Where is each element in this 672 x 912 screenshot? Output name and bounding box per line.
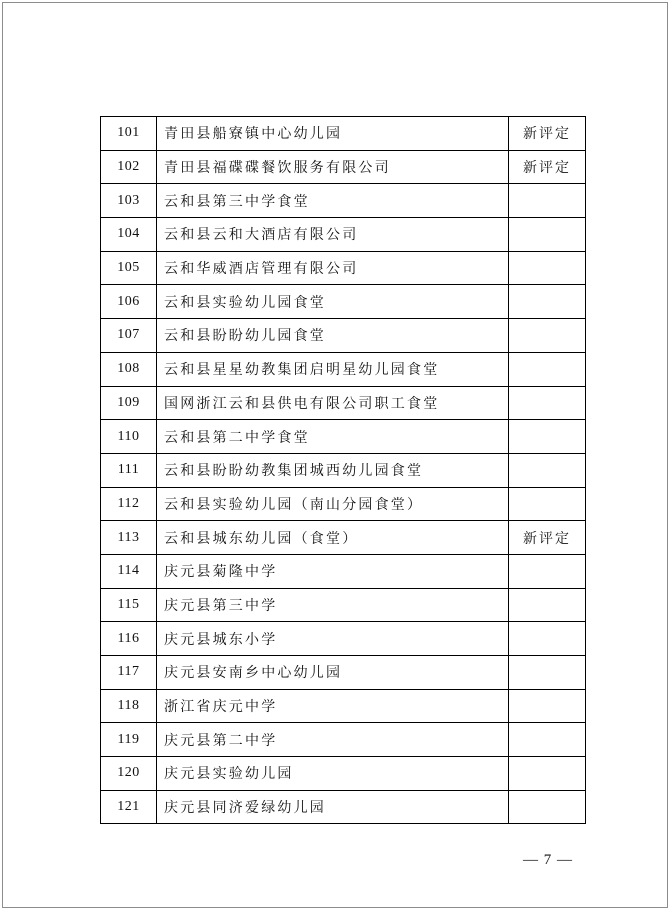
- row-number: 101: [101, 117, 157, 151]
- table-row: 104云和县云和大酒店有限公司: [101, 218, 586, 252]
- table-row: 110云和县第二中学食堂: [101, 420, 586, 454]
- unit-name: 国网浙江云和县供电有限公司职工食堂: [157, 386, 509, 420]
- row-number: 111: [101, 453, 157, 487]
- unit-name: 云和县第三中学食堂: [157, 184, 509, 218]
- table-row: 120庆元县实验幼儿园: [101, 757, 586, 791]
- unit-name: 云和县盼盼幼儿园食堂: [157, 319, 509, 353]
- note-cell: [509, 453, 586, 487]
- note-cell: [509, 588, 586, 622]
- row-number: 104: [101, 218, 157, 252]
- note-cell: [509, 251, 586, 285]
- unit-name: 庆元县第三中学: [157, 588, 509, 622]
- table-row: 112云和县实验幼儿园（南山分园食堂）: [101, 487, 586, 521]
- row-number: 105: [101, 251, 157, 285]
- table-row: 115庆元县第三中学: [101, 588, 586, 622]
- unit-name: 庆元县安南乡中心幼儿园: [157, 656, 509, 690]
- unit-name: 青田县福碟碟餐饮服务有限公司: [157, 150, 509, 184]
- note-cell: [509, 420, 586, 454]
- note-cell: 新评定: [509, 117, 586, 151]
- unit-name: 庆元县第二中学: [157, 723, 509, 757]
- unit-name: 青田县船寮镇中心幼儿园: [157, 117, 509, 151]
- note-cell: 新评定: [509, 521, 586, 555]
- row-number: 112: [101, 487, 157, 521]
- row-number: 117: [101, 656, 157, 690]
- row-number: 119: [101, 723, 157, 757]
- table-row: 118浙江省庆元中学: [101, 689, 586, 723]
- unit-name: 云和县云和大酒店有限公司: [157, 218, 509, 252]
- row-number: 102: [101, 150, 157, 184]
- row-number: 103: [101, 184, 157, 218]
- note-cell: [509, 757, 586, 791]
- table-row: 101青田县船寮镇中心幼儿园新评定: [101, 117, 586, 151]
- table-row: 102青田县福碟碟餐饮服务有限公司新评定: [101, 150, 586, 184]
- note-cell: 新评定: [509, 150, 586, 184]
- note-cell: [509, 218, 586, 252]
- table-row: 121庆元县同济爱绿幼儿园: [101, 790, 586, 824]
- unit-name: 云和华威酒店管理有限公司: [157, 251, 509, 285]
- unit-name: 云和县盼盼幼教集团城西幼儿园食堂: [157, 453, 509, 487]
- table-row: 113云和县城东幼儿园（食堂）新评定: [101, 521, 586, 555]
- note-cell: [509, 319, 586, 353]
- table-row: 117庆元县安南乡中心幼儿园: [101, 656, 586, 690]
- note-cell: [509, 723, 586, 757]
- note-cell: [509, 689, 586, 723]
- row-number: 109: [101, 386, 157, 420]
- row-number: 120: [101, 757, 157, 791]
- table-row: 106云和县实验幼儿园食堂: [101, 285, 586, 319]
- note-cell: [509, 622, 586, 656]
- table-row: 107云和县盼盼幼儿园食堂: [101, 319, 586, 353]
- unit-name: 云和县城东幼儿园（食堂）: [157, 521, 509, 555]
- row-number: 107: [101, 319, 157, 353]
- row-number: 118: [101, 689, 157, 723]
- table-row: 111云和县盼盼幼教集团城西幼儿园食堂: [101, 453, 586, 487]
- note-cell: [509, 184, 586, 218]
- table-row: 109国网浙江云和县供电有限公司职工食堂: [101, 386, 586, 420]
- note-cell: [509, 487, 586, 521]
- table-row: 114庆元县菊隆中学: [101, 554, 586, 588]
- table-row: 116庆元县城东小学: [101, 622, 586, 656]
- unit-name: 云和县实验幼儿园（南山分园食堂）: [157, 487, 509, 521]
- row-number: 110: [101, 420, 157, 454]
- row-number: 106: [101, 285, 157, 319]
- unit-name: 庆元县城东小学: [157, 622, 509, 656]
- unit-name: 浙江省庆元中学: [157, 689, 509, 723]
- row-number: 116: [101, 622, 157, 656]
- unit-name: 云和县实验幼儿园食堂: [157, 285, 509, 319]
- row-number: 108: [101, 352, 157, 386]
- unit-name: 庆元县实验幼儿园: [157, 757, 509, 791]
- unit-name: 云和县星星幼教集团启明星幼儿园食堂: [157, 352, 509, 386]
- table-row: 105云和华威酒店管理有限公司: [101, 251, 586, 285]
- unit-name: 庆元县同济爱绿幼儿园: [157, 790, 509, 824]
- document-page: 101青田县船寮镇中心幼儿园新评定 102青田县福碟碟餐饮服务有限公司新评定 1…: [2, 2, 668, 908]
- row-number: 115: [101, 588, 157, 622]
- row-number: 114: [101, 554, 157, 588]
- page-number: — 7 —: [523, 852, 573, 869]
- note-cell: [509, 554, 586, 588]
- note-cell: [509, 386, 586, 420]
- row-number: 113: [101, 521, 157, 555]
- unit-list-table: 101青田县船寮镇中心幼儿园新评定 102青田县福碟碟餐饮服务有限公司新评定 1…: [100, 116, 586, 824]
- note-cell: [509, 656, 586, 690]
- note-cell: [509, 352, 586, 386]
- note-cell: [509, 790, 586, 824]
- table-row: 108云和县星星幼教集团启明星幼儿园食堂: [101, 352, 586, 386]
- unit-name: 庆元县菊隆中学: [157, 554, 509, 588]
- note-cell: [509, 285, 586, 319]
- table-row: 119庆元县第二中学: [101, 723, 586, 757]
- unit-name: 云和县第二中学食堂: [157, 420, 509, 454]
- row-number: 121: [101, 790, 157, 824]
- table-row: 103云和县第三中学食堂: [101, 184, 586, 218]
